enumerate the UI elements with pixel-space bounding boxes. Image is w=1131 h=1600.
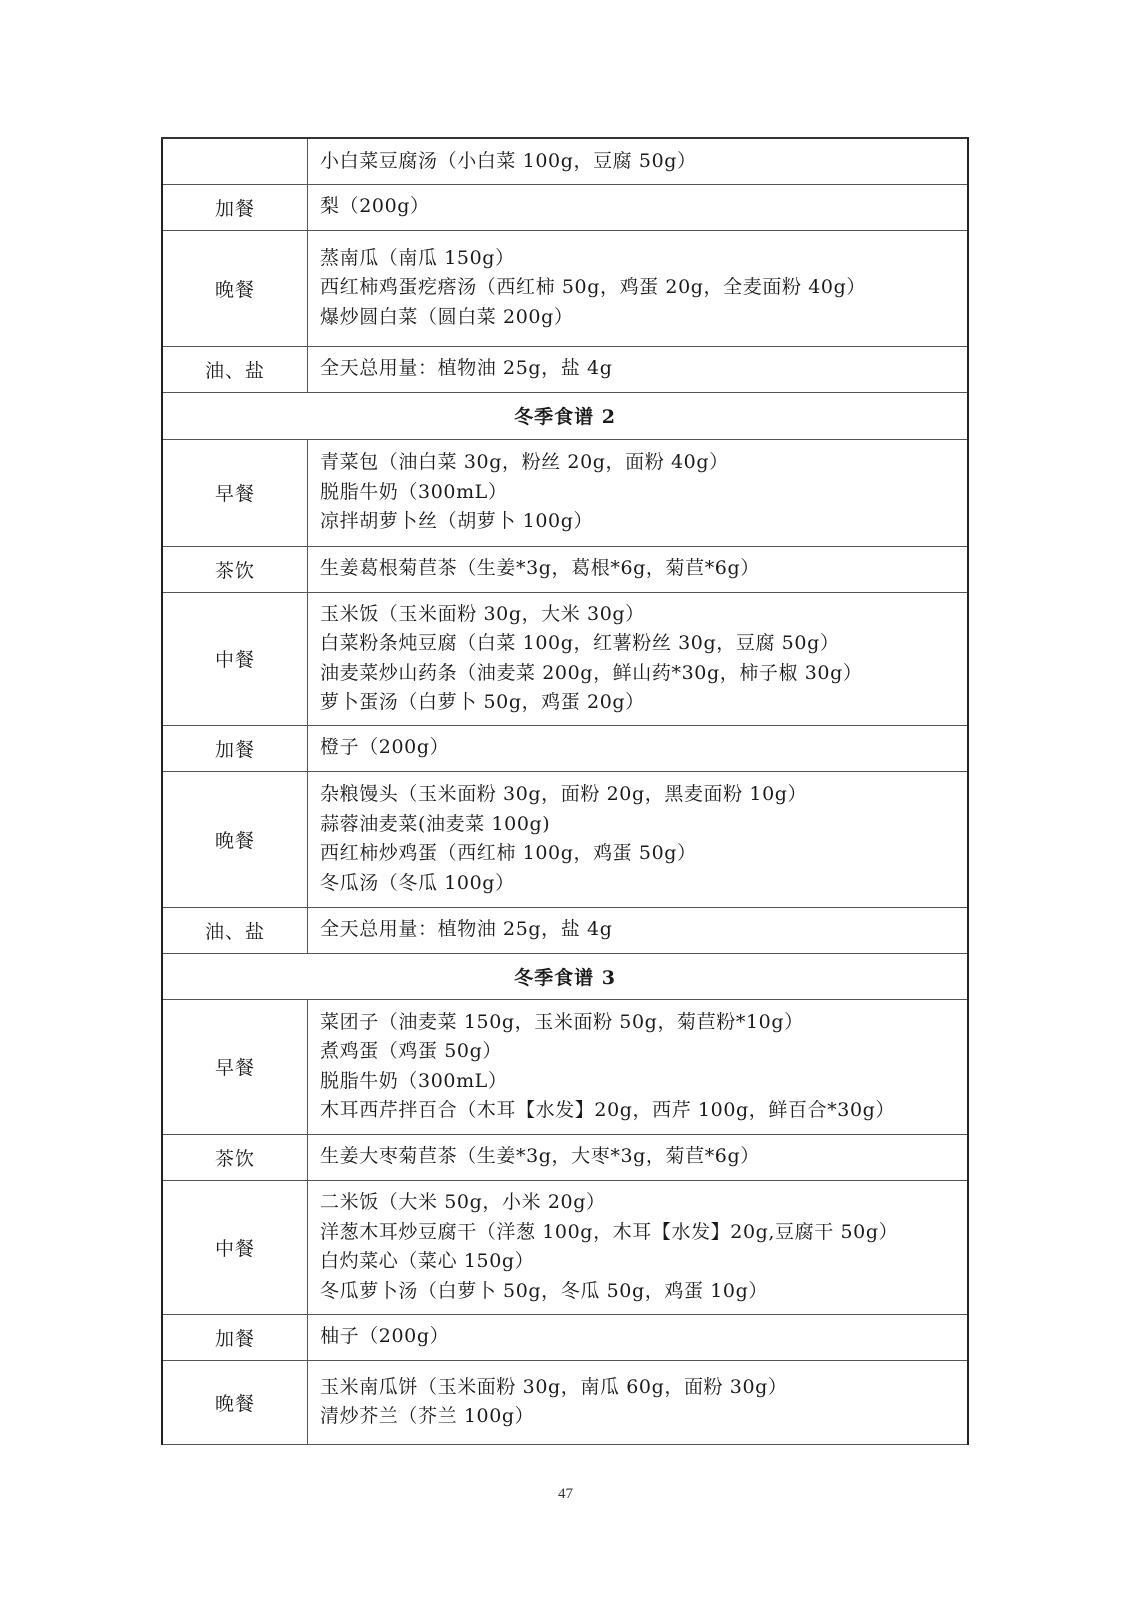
dish-line: 西红柿鸡蛋疙瘩汤（西红柿 50g，鸡蛋 20g，全麦面粉 40g） xyxy=(320,273,967,303)
meal-label: 中餐 xyxy=(162,592,308,725)
meal-row: 早餐青菜包（油白菜 30g，粉丝 20g，面粉 40g）脱脂牛奶（300mL）凉… xyxy=(162,439,968,546)
meal-row: 晚餐玉米南瓜饼（玉米面粉 30g，南瓜 60g，面粉 30g）清炒芥兰（芥兰 1… xyxy=(162,1360,968,1444)
dish-line: 白菜粉条炖豆腐（白菜 100g，红薯粉丝 30g，豆腐 50g） xyxy=(320,629,967,659)
dish-line: 杂粮馒头（玉米面粉 30g，面粉 20g，黑麦面粉 10g） xyxy=(320,780,967,810)
dish-line: 全天总用量：植物油 25g，盐 4g xyxy=(320,354,967,384)
dish-line: 油麦菜炒山药条（油麦菜 200g，鲜山药*30g，柿子椒 30g） xyxy=(320,659,967,689)
dish-line: 二米饭（大米 50g，小米 20g） xyxy=(320,1188,967,1218)
meal-content: 玉米饭（玉米面粉 30g，大米 30g）白菜粉条炖豆腐（白菜 100g，红薯粉丝… xyxy=(308,592,969,725)
document-page: 小白菜豆腐汤（小白菜 100g，豆腐 50g）加餐梨（200g）晚餐蒸南瓜（南瓜… xyxy=(0,0,1131,1600)
dish-line: 冬瓜萝卜汤（白萝卜 50g，冬瓜 50g，鸡蛋 10g） xyxy=(320,1277,967,1307)
recipe-section-title: 冬季食谱 2 xyxy=(162,392,968,439)
meal-content: 菜团子（油麦菜 150g，玉米面粉 50g，菊苣粉*10g）煮鸡蛋（鸡蛋 50g… xyxy=(308,999,969,1134)
winter-recipe-table: 小白菜豆腐汤（小白菜 100g，豆腐 50g）加餐梨（200g）晚餐蒸南瓜（南瓜… xyxy=(161,137,969,1445)
dish-line: 青菜包（油白菜 30g，粉丝 20g，面粉 40g） xyxy=(320,448,967,478)
meal-row: 加餐柚子（200g） xyxy=(162,1314,968,1360)
meal-row: 加餐梨（200g） xyxy=(162,184,968,230)
dish-line: 西红柿炒鸡蛋（西红柿 100g，鸡蛋 50g） xyxy=(320,839,967,869)
meal-label: 晚餐 xyxy=(162,771,308,907)
meal-content: 柚子（200g） xyxy=(308,1314,969,1360)
section-header-row: 冬季食谱 2 xyxy=(162,392,968,439)
meal-row: 晚餐蒸南瓜（南瓜 150g）西红柿鸡蛋疙瘩汤（西红柿 50g，鸡蛋 20g，全麦… xyxy=(162,230,968,346)
dish-line: 蒸南瓜（南瓜 150g） xyxy=(320,244,967,274)
meal-label: 晚餐 xyxy=(162,1360,308,1444)
dish-line: 木耳西芹拌百合（木耳【水发】20g，西芹 100g，鲜百合*30g） xyxy=(320,1096,967,1126)
dish-line: 白灼菜心（菜心 150g） xyxy=(320,1247,967,1277)
dish-line: 玉米南瓜饼（玉米面粉 30g，南瓜 60g，面粉 30g） xyxy=(320,1373,967,1403)
dish-line: 爆炒圆白菜（圆白菜 200g） xyxy=(320,303,967,333)
dish-line: 萝卜蛋汤（白萝卜 50g，鸡蛋 20g） xyxy=(320,688,967,718)
meal-row: 晚餐杂粮馒头（玉米面粉 30g，面粉 20g，黑麦面粉 10g）蒜蓉油麦菜(油麦… xyxy=(162,771,968,907)
meal-row: 茶饮生姜葛根菊苣茶（生姜*3g，葛根*6g，菊苣*6g） xyxy=(162,546,968,592)
meal-row: 油、盐全天总用量：植物油 25g，盐 4g xyxy=(162,346,968,392)
dish-line: 生姜葛根菊苣茶（生姜*3g，葛根*6g，菊苣*6g） xyxy=(320,554,967,584)
meal-row: 茶饮生姜大枣菊苣茶（生姜*3g，大枣*3g，菊苣*6g） xyxy=(162,1134,968,1180)
dish-line: 蒜蓉油麦菜(油麦菜 100g) xyxy=(320,810,967,840)
meal-content: 二米饭（大米 50g，小米 20g）洋葱木耳炒豆腐干（洋葱 100g，木耳【水发… xyxy=(308,1180,969,1314)
meal-label: 茶饮 xyxy=(162,1134,308,1180)
recipe-section-title: 冬季食谱 3 xyxy=(162,953,968,999)
meal-content: 生姜葛根菊苣茶（生姜*3g，葛根*6g，菊苣*6g） xyxy=(308,546,969,592)
meal-label: 加餐 xyxy=(162,1314,308,1360)
dish-line: 玉米饭（玉米面粉 30g，大米 30g） xyxy=(320,600,967,630)
meal-row: 中餐二米饭（大米 50g，小米 20g）洋葱木耳炒豆腐干（洋葱 100g，木耳【… xyxy=(162,1180,968,1314)
meal-content: 全天总用量：植物油 25g，盐 4g xyxy=(308,907,969,953)
meal-content: 杂粮馒头（玉米面粉 30g，面粉 20g，黑麦面粉 10g）蒜蓉油麦菜(油麦菜 … xyxy=(308,771,969,907)
meal-label xyxy=(162,138,308,184)
dish-line: 菜团子（油麦菜 150g，玉米面粉 50g，菊苣粉*10g） xyxy=(320,1008,967,1038)
meal-label: 油、盐 xyxy=(162,907,308,953)
dish-line: 洋葱木耳炒豆腐干（洋葱 100g，木耳【水发】20g,豆腐干 50g） xyxy=(320,1218,967,1248)
meal-row: 加餐橙子（200g） xyxy=(162,725,968,771)
meal-content: 蒸南瓜（南瓜 150g）西红柿鸡蛋疙瘩汤（西红柿 50g，鸡蛋 20g，全麦面粉… xyxy=(308,230,969,346)
dish-line: 清炒芥兰（芥兰 100g） xyxy=(320,1402,967,1432)
meal-content: 小白菜豆腐汤（小白菜 100g，豆腐 50g） xyxy=(308,138,969,184)
meal-content: 梨（200g） xyxy=(308,184,969,230)
dish-line: 凉拌胡萝卜丝（胡萝卜 100g） xyxy=(320,507,967,537)
meal-label: 加餐 xyxy=(162,184,308,230)
meal-row: 早餐菜团子（油麦菜 150g，玉米面粉 50g，菊苣粉*10g）煮鸡蛋（鸡蛋 5… xyxy=(162,999,968,1134)
meal-label: 茶饮 xyxy=(162,546,308,592)
meal-content: 青菜包（油白菜 30g，粉丝 20g，面粉 40g）脱脂牛奶（300mL）凉拌胡… xyxy=(308,439,969,546)
meal-label: 中餐 xyxy=(162,1180,308,1314)
meal-content: 橙子（200g） xyxy=(308,725,969,771)
dish-line: 脱脂牛奶（300mL） xyxy=(320,1067,967,1097)
section-header-row: 冬季食谱 3 xyxy=(162,953,968,999)
dish-line: 柚子（200g） xyxy=(320,1322,967,1352)
dish-line: 全天总用量：植物油 25g，盐 4g xyxy=(320,915,967,945)
dish-line: 冬瓜汤（冬瓜 100g） xyxy=(320,869,967,899)
dish-line: 煮鸡蛋（鸡蛋 50g） xyxy=(320,1037,967,1067)
dish-line: 脱脂牛奶（300mL） xyxy=(320,478,967,508)
meal-label: 晚餐 xyxy=(162,230,308,346)
dish-line: 生姜大枣菊苣茶（生姜*3g，大枣*3g，菊苣*6g） xyxy=(320,1142,967,1172)
dish-line: 梨（200g） xyxy=(320,192,967,222)
meal-label: 早餐 xyxy=(162,999,308,1134)
meal-content: 全天总用量：植物油 25g，盐 4g xyxy=(308,346,969,392)
dish-line: 小白菜豆腐汤（小白菜 100g，豆腐 50g） xyxy=(320,147,967,177)
dish-line: 橙子（200g） xyxy=(320,733,967,763)
meal-row: 小白菜豆腐汤（小白菜 100g，豆腐 50g） xyxy=(162,138,968,184)
meal-label: 加餐 xyxy=(162,725,308,771)
page-number: 47 xyxy=(0,1486,1131,1503)
meal-content: 生姜大枣菊苣茶（生姜*3g，大枣*3g，菊苣*6g） xyxy=(308,1134,969,1180)
meal-label: 油、盐 xyxy=(162,346,308,392)
meal-label: 早餐 xyxy=(162,439,308,546)
meal-row: 油、盐全天总用量：植物油 25g，盐 4g xyxy=(162,907,968,953)
meal-content: 玉米南瓜饼（玉米面粉 30g，南瓜 60g，面粉 30g）清炒芥兰（芥兰 100… xyxy=(308,1360,969,1444)
meal-row: 中餐玉米饭（玉米面粉 30g，大米 30g）白菜粉条炖豆腐（白菜 100g，红薯… xyxy=(162,592,968,725)
